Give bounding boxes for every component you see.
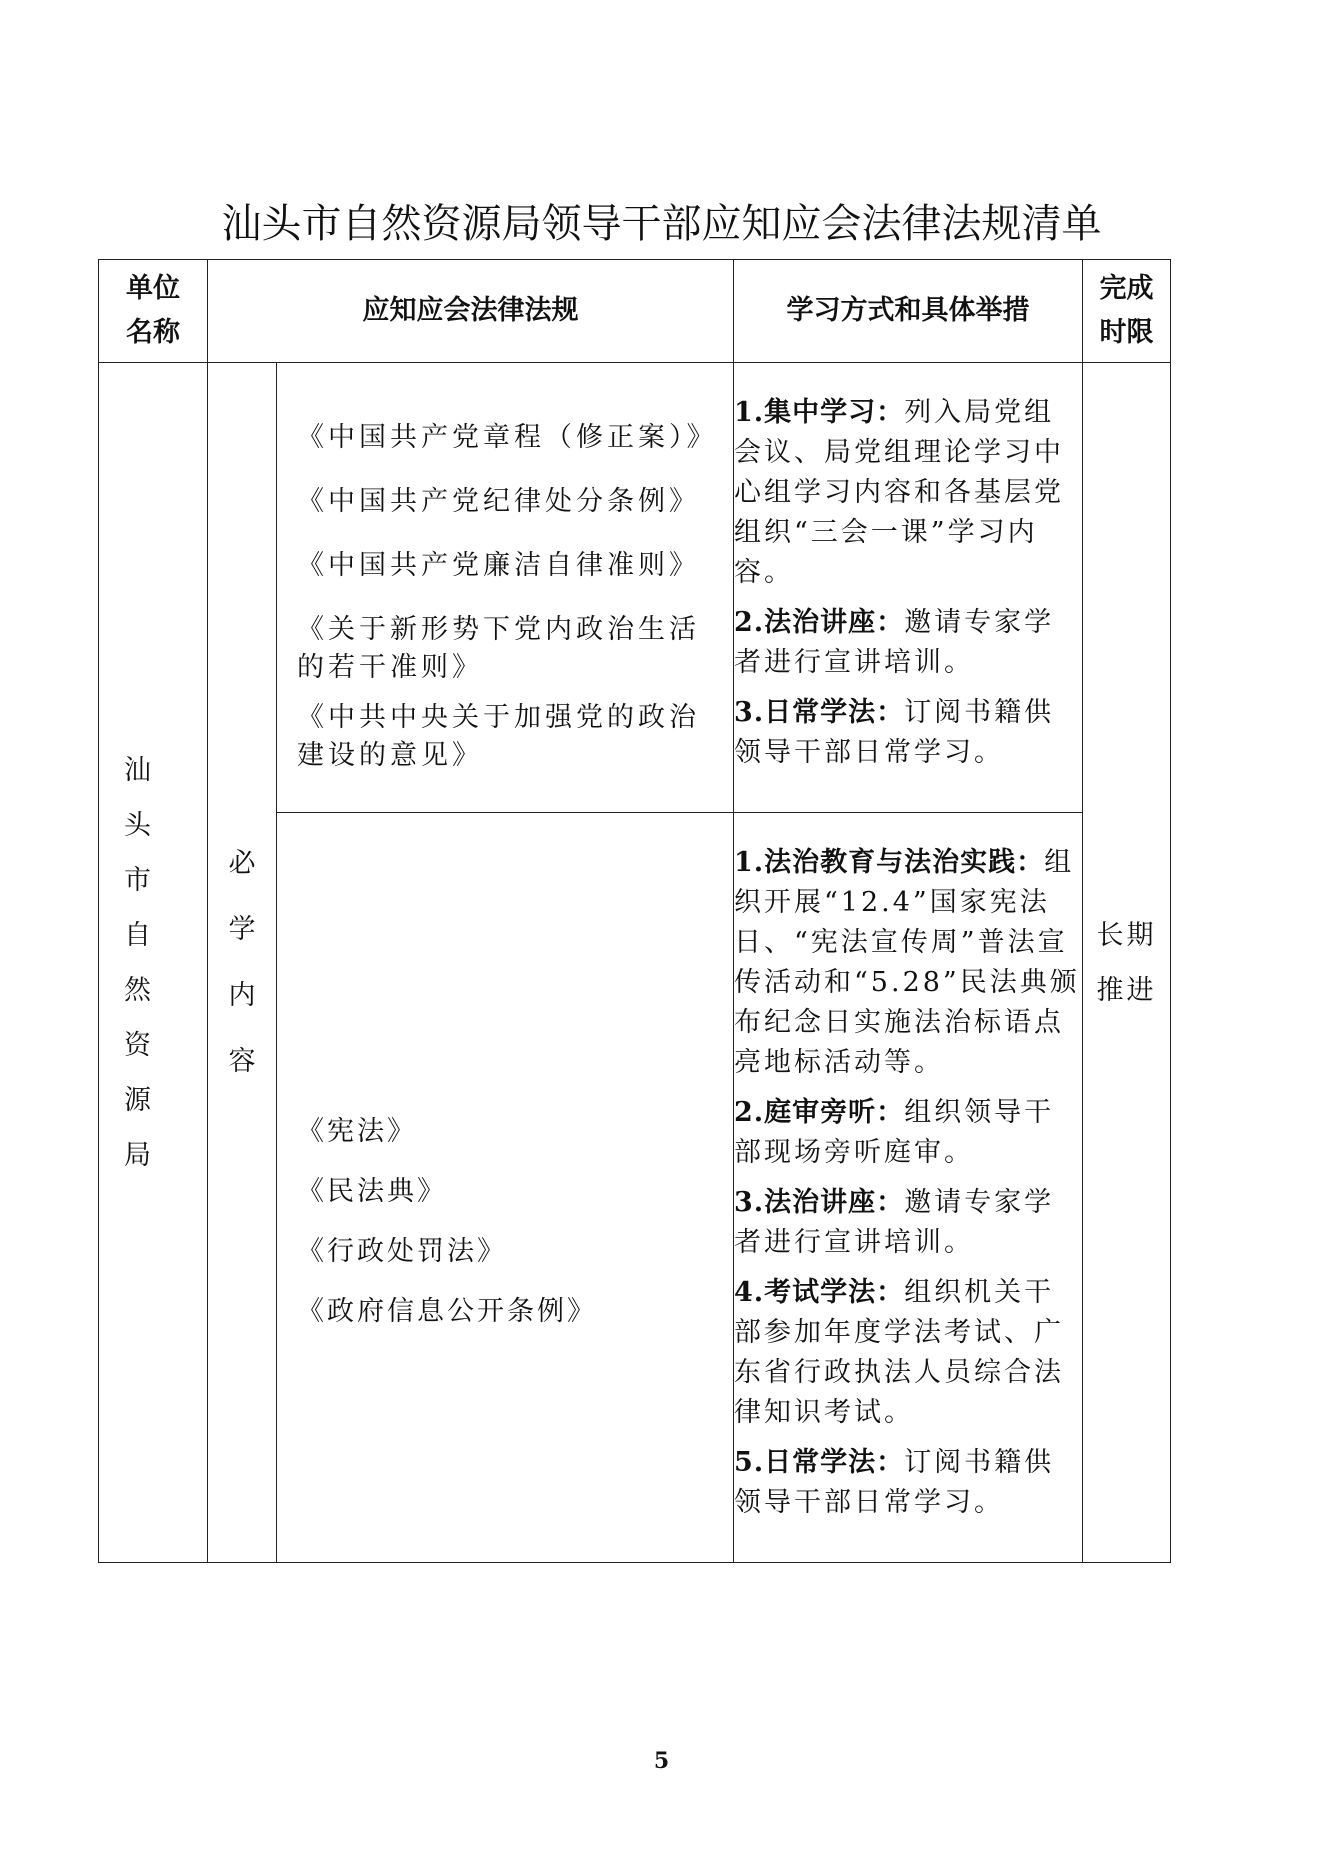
law-item: 《中国共产党纪律处分条例》 xyxy=(297,483,719,521)
methods-cell-group-2: 1.法治教育与法治实践：组织开展“12.4”国家宪法日、“宪法宣传周”普法宣传活… xyxy=(734,813,1083,1563)
regulations-table: 单位名称 应知应会法律法规 学习方式和具体举措 完成时限 汕头市自然资源局 必学… xyxy=(98,259,1171,1563)
law-item: 《政府信息公开条例》 xyxy=(297,1293,719,1331)
document-title: 汕头市自然资源局领导干部应知应会法律法规清单 xyxy=(0,192,1323,249)
deadline-value: 长期推进 xyxy=(1096,908,1158,1018)
deadline-cell: 长期推进 xyxy=(1083,363,1171,1563)
header-methods: 学习方式和具体举措 xyxy=(734,260,1083,363)
method-item: 3.日常学法：订阅书籍供领导干部日常学习。 xyxy=(734,693,1082,773)
law-item: 《中国共产党廉洁自律准则》 xyxy=(297,547,719,585)
category-label: 必学内容 xyxy=(227,831,257,1095)
law-item: 《中国共产党章程（修正案）》 xyxy=(297,419,719,457)
header-row: 单位名称 应知应会法律法规 学习方式和具体举措 完成时限 xyxy=(99,260,1171,363)
law-item: 《宪法》 xyxy=(297,1113,719,1151)
unit-name-cell: 汕头市自然资源局 xyxy=(99,363,208,1563)
law-item: 《行政处罚法》 xyxy=(297,1233,719,1271)
law-item: 《关于新形势下党内政治生活的若干准则》 xyxy=(297,611,719,687)
laws-cell-group-2: 《宪法》 《民法典》 《行政处罚法》 《政府信息公开条例》 xyxy=(277,813,734,1563)
method-item: 3.法治讲座：邀请专家学者进行宣讲培训。 xyxy=(734,1183,1082,1263)
category-cell: 必学内容 xyxy=(208,363,277,1563)
method-item: 2.法治讲座：邀请专家学者进行宣讲培训。 xyxy=(734,603,1082,683)
header-unit: 单位名称 xyxy=(99,260,208,363)
law-item: 《中共中央关于加强党的政治 建设的意见》 xyxy=(297,699,719,775)
method-item: 1.集中学习：列入局党组会议、局党组理论学习中心组学习内容和各基层党组织“三会一… xyxy=(734,393,1082,593)
method-item: 4.考试学法：组织机关干部参加年度学法考试、广东省行政执法人员综合法律知识考试。 xyxy=(734,1273,1082,1433)
page-number: 5 xyxy=(0,1748,1323,1774)
law-item: 《民法典》 xyxy=(297,1173,719,1211)
unit-name: 汕头市自然资源局 xyxy=(118,743,188,1183)
header-laws: 应知应会法律法规 xyxy=(208,260,734,363)
table-row: 汕头市自然资源局 必学内容 《中国共产党章程（修正案）》 《中国共产党纪律处分条… xyxy=(99,363,1171,813)
method-item: 1.法治教育与法治实践：组织开展“12.4”国家宪法日、“宪法宣传周”普法宣传活… xyxy=(734,843,1082,1083)
methods-cell-group-1: 1.集中学习：列入局党组会议、局党组理论学习中心组学习内容和各基层党组织“三会一… xyxy=(734,363,1083,813)
method-item: 2.庭审旁听：组织领导干部现场旁听庭审。 xyxy=(734,1093,1082,1173)
method-item: 5.日常学法：订阅书籍供领导干部日常学习。 xyxy=(734,1443,1082,1523)
laws-cell-group-1: 《中国共产党章程（修正案）》 《中国共产党纪律处分条例》 《中国共产党廉洁自律准… xyxy=(277,363,734,813)
header-deadline: 完成时限 xyxy=(1083,260,1171,363)
